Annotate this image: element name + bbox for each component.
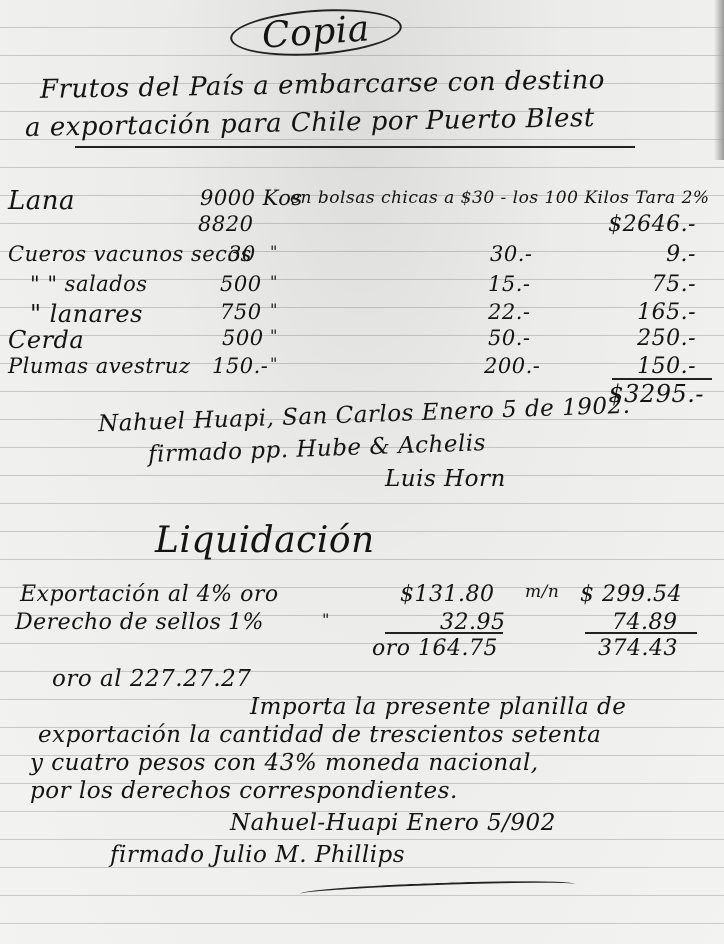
item-amount: 9.-	[666, 242, 696, 267]
heading-line-1: Frutos del País a embarcarse con destino	[40, 65, 605, 105]
item-qty: 500	[220, 272, 262, 296]
paragraph-line: Importa la presente planilla de	[250, 694, 626, 720]
item-qty: 750	[220, 300, 262, 324]
item-ditto: "	[270, 272, 278, 291]
paragraph-line: por los derechos correspondientes.	[30, 778, 458, 804]
liquidation-total-mn: 374.43	[598, 636, 678, 661]
liquidation-label: Exportación al 4% oro	[20, 582, 279, 607]
scanned-document-page: Copia Frutos del País a embarcarse con d…	[0, 0, 724, 944]
paragraph-line: exportación la cantidad de trescientos s…	[38, 722, 601, 748]
liquidation-oro: $131.80	[400, 582, 494, 607]
heading-line-2: a exportación para Chile por Puerto Bles…	[25, 103, 595, 143]
closing-signature: firmado Julio M. Phillips	[110, 842, 405, 868]
signature-firm: firmado pp. Hube & Achelis	[148, 430, 487, 468]
item-qty-net: 8820	[198, 212, 253, 236]
item-label: Cerda	[8, 326, 84, 354]
item-ditto: "	[270, 242, 278, 261]
item-amount: 150.-	[637, 354, 696, 379]
heading-divider	[75, 146, 635, 148]
item-price: 30.-	[490, 242, 533, 266]
liquidation-title: Liquidación	[155, 520, 375, 561]
exchange-rate: oro al 227.27.27	[52, 666, 251, 692]
liquidation-subtotal-oro: oro 164.75	[372, 636, 498, 661]
signature-flourish	[300, 878, 575, 900]
item-amount: $2646.-	[608, 212, 696, 237]
item-ditto: "	[270, 300, 278, 319]
liquidation-mn: $ 299.54	[580, 582, 682, 607]
mn-divider	[585, 632, 697, 634]
place-date: Nahuel Huapi, San Carlos Enero 5 de 1902…	[98, 393, 631, 438]
signature-name: Luis Horn	[385, 466, 506, 492]
oro-divider	[385, 632, 503, 634]
item-qty: 500	[222, 326, 264, 350]
item-label: " lanares	[30, 300, 143, 328]
liquidation-currency: m/n	[525, 582, 559, 602]
item-price: 15.-	[488, 272, 531, 296]
item-price: 22.-	[488, 300, 531, 324]
item-qty: 30	[228, 242, 256, 266]
item-ditto: "	[270, 326, 278, 345]
item-qty: 150.-	[212, 354, 268, 378]
item-qty: 9000 Kos	[200, 186, 303, 210]
item-label: Lana	[8, 186, 75, 216]
liquidation-ditto: "	[322, 610, 330, 629]
closing-place-date: Nahuel-Huapi Enero 5/902	[230, 810, 556, 836]
liquidation-rate: 1%	[228, 610, 264, 635]
paragraph-line: y cuatro pesos con 43% moneda nacional,	[30, 750, 539, 776]
document-title: Copia	[229, 4, 403, 61]
item-label: Plumas avestruz	[8, 354, 190, 378]
item-amount: 75.-	[652, 272, 696, 297]
item-price: 50.-	[488, 326, 531, 350]
item-price: 200.-	[484, 354, 540, 378]
item-label: Cueros vacunos secos	[8, 242, 252, 266]
item-amount: 165.-	[637, 300, 696, 325]
item-amount: 250.-	[637, 326, 696, 351]
item-detail: en bolsas chicas a $30 - los 100 Kilos T…	[290, 188, 710, 208]
item-label: " " salados	[30, 272, 148, 296]
item-ditto: "	[270, 354, 278, 373]
liquidation-label: Derecho de sellos	[15, 610, 221, 635]
